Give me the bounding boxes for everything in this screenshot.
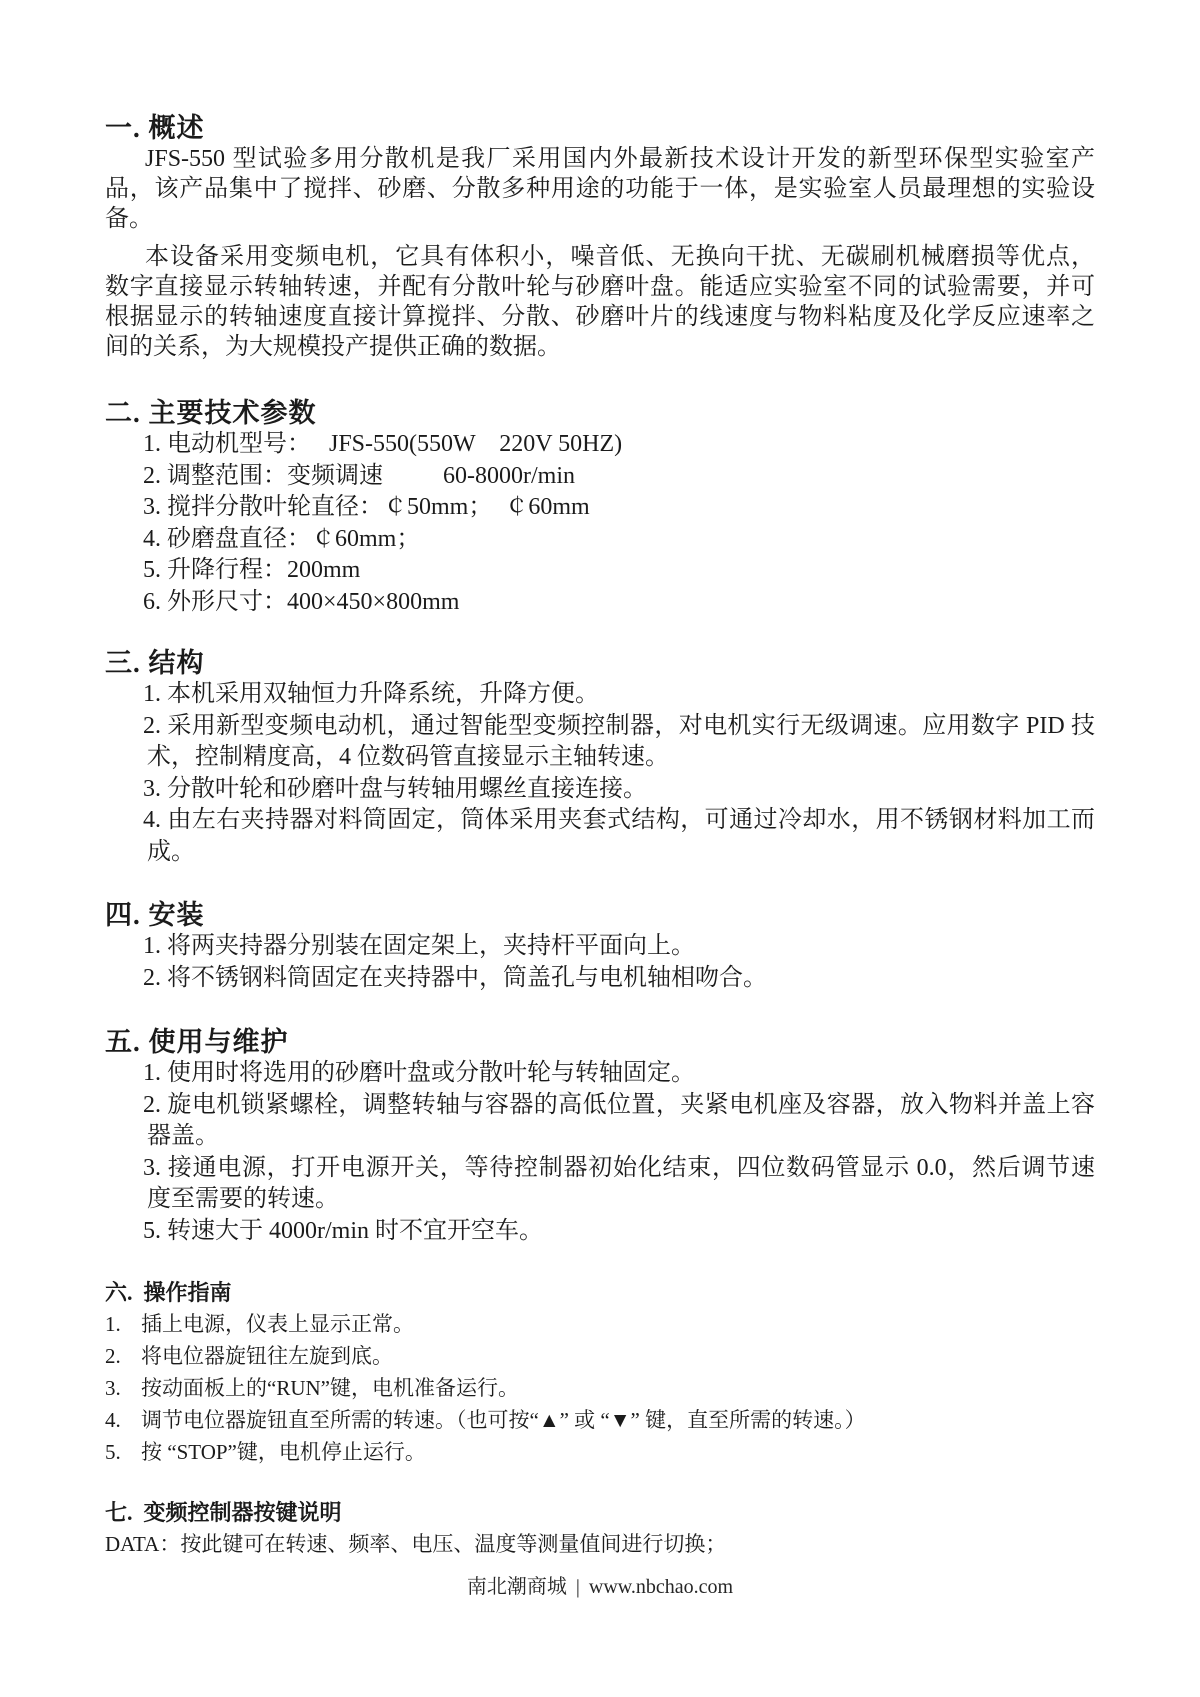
- section-title-operation-guide: 六. 操作指南: [105, 1278, 1095, 1308]
- step-number: 4.: [105, 1404, 141, 1436]
- document-page: 一. 概述 JFS-550 型试验多用分散机是我厂采用国内外最新技术设计开发的新…: [0, 0, 1200, 1697]
- list-item: 2. 采用新型变频电动机，通过智能型变频控制器，对电机实行无级调速。应用数字 P…: [105, 711, 1095, 743]
- list-item-continuation: 成。: [105, 837, 1095, 869]
- list-item: 2. 将不锈钢料筒固定在夹持器中，筒盖孔与电机轴相吻合。: [105, 963, 1095, 995]
- step-text: 将电位器旋钮往左旋到底。: [141, 1340, 1095, 1372]
- operation-step: 2. 将电位器旋钮往左旋到底。: [105, 1340, 1095, 1372]
- list-item: 1. 将两夹持器分别装在固定架上，夹持杆平面向上。: [105, 931, 1095, 963]
- paragraph-line: 本设备采用变频电机，它具有体积小，噪音低、无换向干扰、无碳刷机械磨损等优点，: [105, 242, 1095, 272]
- operation-step: 3. 按动面板上的“RUN”键，电机准备运行。: [105, 1372, 1095, 1404]
- paragraph-line: 备。: [105, 204, 1095, 234]
- section-title-structure: 三. 结构: [105, 647, 1095, 679]
- footer-divider: |: [576, 1576, 580, 1598]
- list-item: 4. 砂磨盘直径：￠60mm；: [105, 524, 1095, 556]
- step-number: 2.: [105, 1340, 141, 1372]
- step-text: 按动面板上的“RUN”键，电机准备运行。: [141, 1372, 1095, 1404]
- list-item: 3. 分散叶轮和砂磨叶盘与转轴用螺丝直接连接。: [105, 774, 1095, 806]
- controller-key-description: DATA：按此键可在转速、频率、电压、温度等测量值间进行切换；: [105, 1528, 1095, 1560]
- paragraph-line: 品，该产品集中了搅拌、砂磨、分散多种用途的功能于一体，是实验室人员最理想的实验设: [105, 174, 1095, 204]
- list-item-continuation: 器盖。: [105, 1121, 1095, 1153]
- step-number: 3.: [105, 1372, 141, 1404]
- list-item-continuation: 度至需要的转速。: [105, 1184, 1095, 1216]
- operation-step: 1. 插上电源，仪表上显示正常。: [105, 1308, 1095, 1340]
- list-item-continuation: 术，控制精度高，4 位数码管直接显示主轴转速。: [105, 742, 1095, 774]
- step-number: 1.: [105, 1308, 141, 1340]
- section-title-tech-params: 二. 主要技术参数: [105, 397, 1095, 429]
- list-item: 3. 接通电源，打开电源开关，等待控制器初始化结束，四位数码管显示 0.0，然后…: [105, 1153, 1095, 1185]
- list-item: 5. 升降行程：200mm: [105, 555, 1095, 587]
- paragraph-line: 间的关系，为大规模投产提供正确的数据。: [105, 332, 1095, 362]
- step-number: 5.: [105, 1436, 141, 1468]
- list-item: 2. 调整范围：变频调速 60-8000r/min: [105, 461, 1095, 493]
- list-item: 3. 搅拌分散叶轮直径：￠50mm； ￠60mm: [105, 492, 1095, 524]
- list-item: 1. 电动机型号： JFS-550(550W 220V 50HZ): [105, 429, 1095, 461]
- paragraph-line: JFS-550 型试验多用分散机是我厂采用国内外最新技术设计开发的新型环保型实验…: [105, 144, 1095, 174]
- footer-url: www.nbchao.com: [589, 1576, 733, 1598]
- section-title-installation: 四. 安装: [105, 899, 1095, 931]
- list-item: 2. 旋电机锁紧螺栓，调整转轴与容器的高低位置，夹紧电机座及容器，放入物料并盖上…: [105, 1090, 1095, 1122]
- list-item: 4. 由左右夹持器对料筒固定，筒体采用夹套式结构，可通过冷却水，用不锈钢材料加工…: [105, 805, 1095, 837]
- step-text: 插上电源，仪表上显示正常。: [141, 1308, 1095, 1340]
- operation-step: 5. 按 “STOP”键，电机停止运行。: [105, 1436, 1095, 1468]
- section-title-controller-keys: 七. 变频控制器按键说明: [105, 1498, 1095, 1528]
- operation-step: 4. 调节电位器旋钮直至所需的转速。（也可按“▲” 或 “▼” 键，直至所需的转…: [105, 1404, 1095, 1436]
- list-item: 1. 使用时将选用的砂磨叶盘或分散叶轮与转轴固定。: [105, 1058, 1095, 1090]
- list-item: 6. 外形尺寸：400×450×800mm: [105, 587, 1095, 619]
- step-text: 调节电位器旋钮直至所需的转速。（也可按“▲” 或 “▼” 键，直至所需的转速。）: [141, 1404, 1095, 1436]
- paragraph-line: 根据显示的转轴速度直接计算搅拌、分散、砂磨叶片的线速度与物料粘度及化学反应速率之: [105, 302, 1095, 332]
- step-text: 按 “STOP”键，电机停止运行。: [141, 1436, 1095, 1468]
- list-item: 5. 转速大于 4000r/min 时不宜开空车。: [105, 1216, 1095, 1248]
- page-footer: 南北潮商城|www.nbchao.com: [105, 1572, 1095, 1602]
- footer-site-name: 南北潮商城: [467, 1576, 567, 1598]
- section-title-usage: 五. 使用与维护: [105, 1026, 1095, 1058]
- section-title-overview: 一. 概述: [105, 112, 1095, 144]
- document-content: 一. 概述 JFS-550 型试验多用分散机是我厂采用国内外最新技术设计开发的新…: [0, 112, 1200, 1602]
- paragraph-line: 数字直接显示转轴转速，并配有分散叶轮与砂磨叶盘。能适应实验室不同的试验需要，并可: [105, 272, 1095, 302]
- list-item: 1. 本机采用双轴恒力升降系统，升降方便。: [105, 679, 1095, 711]
